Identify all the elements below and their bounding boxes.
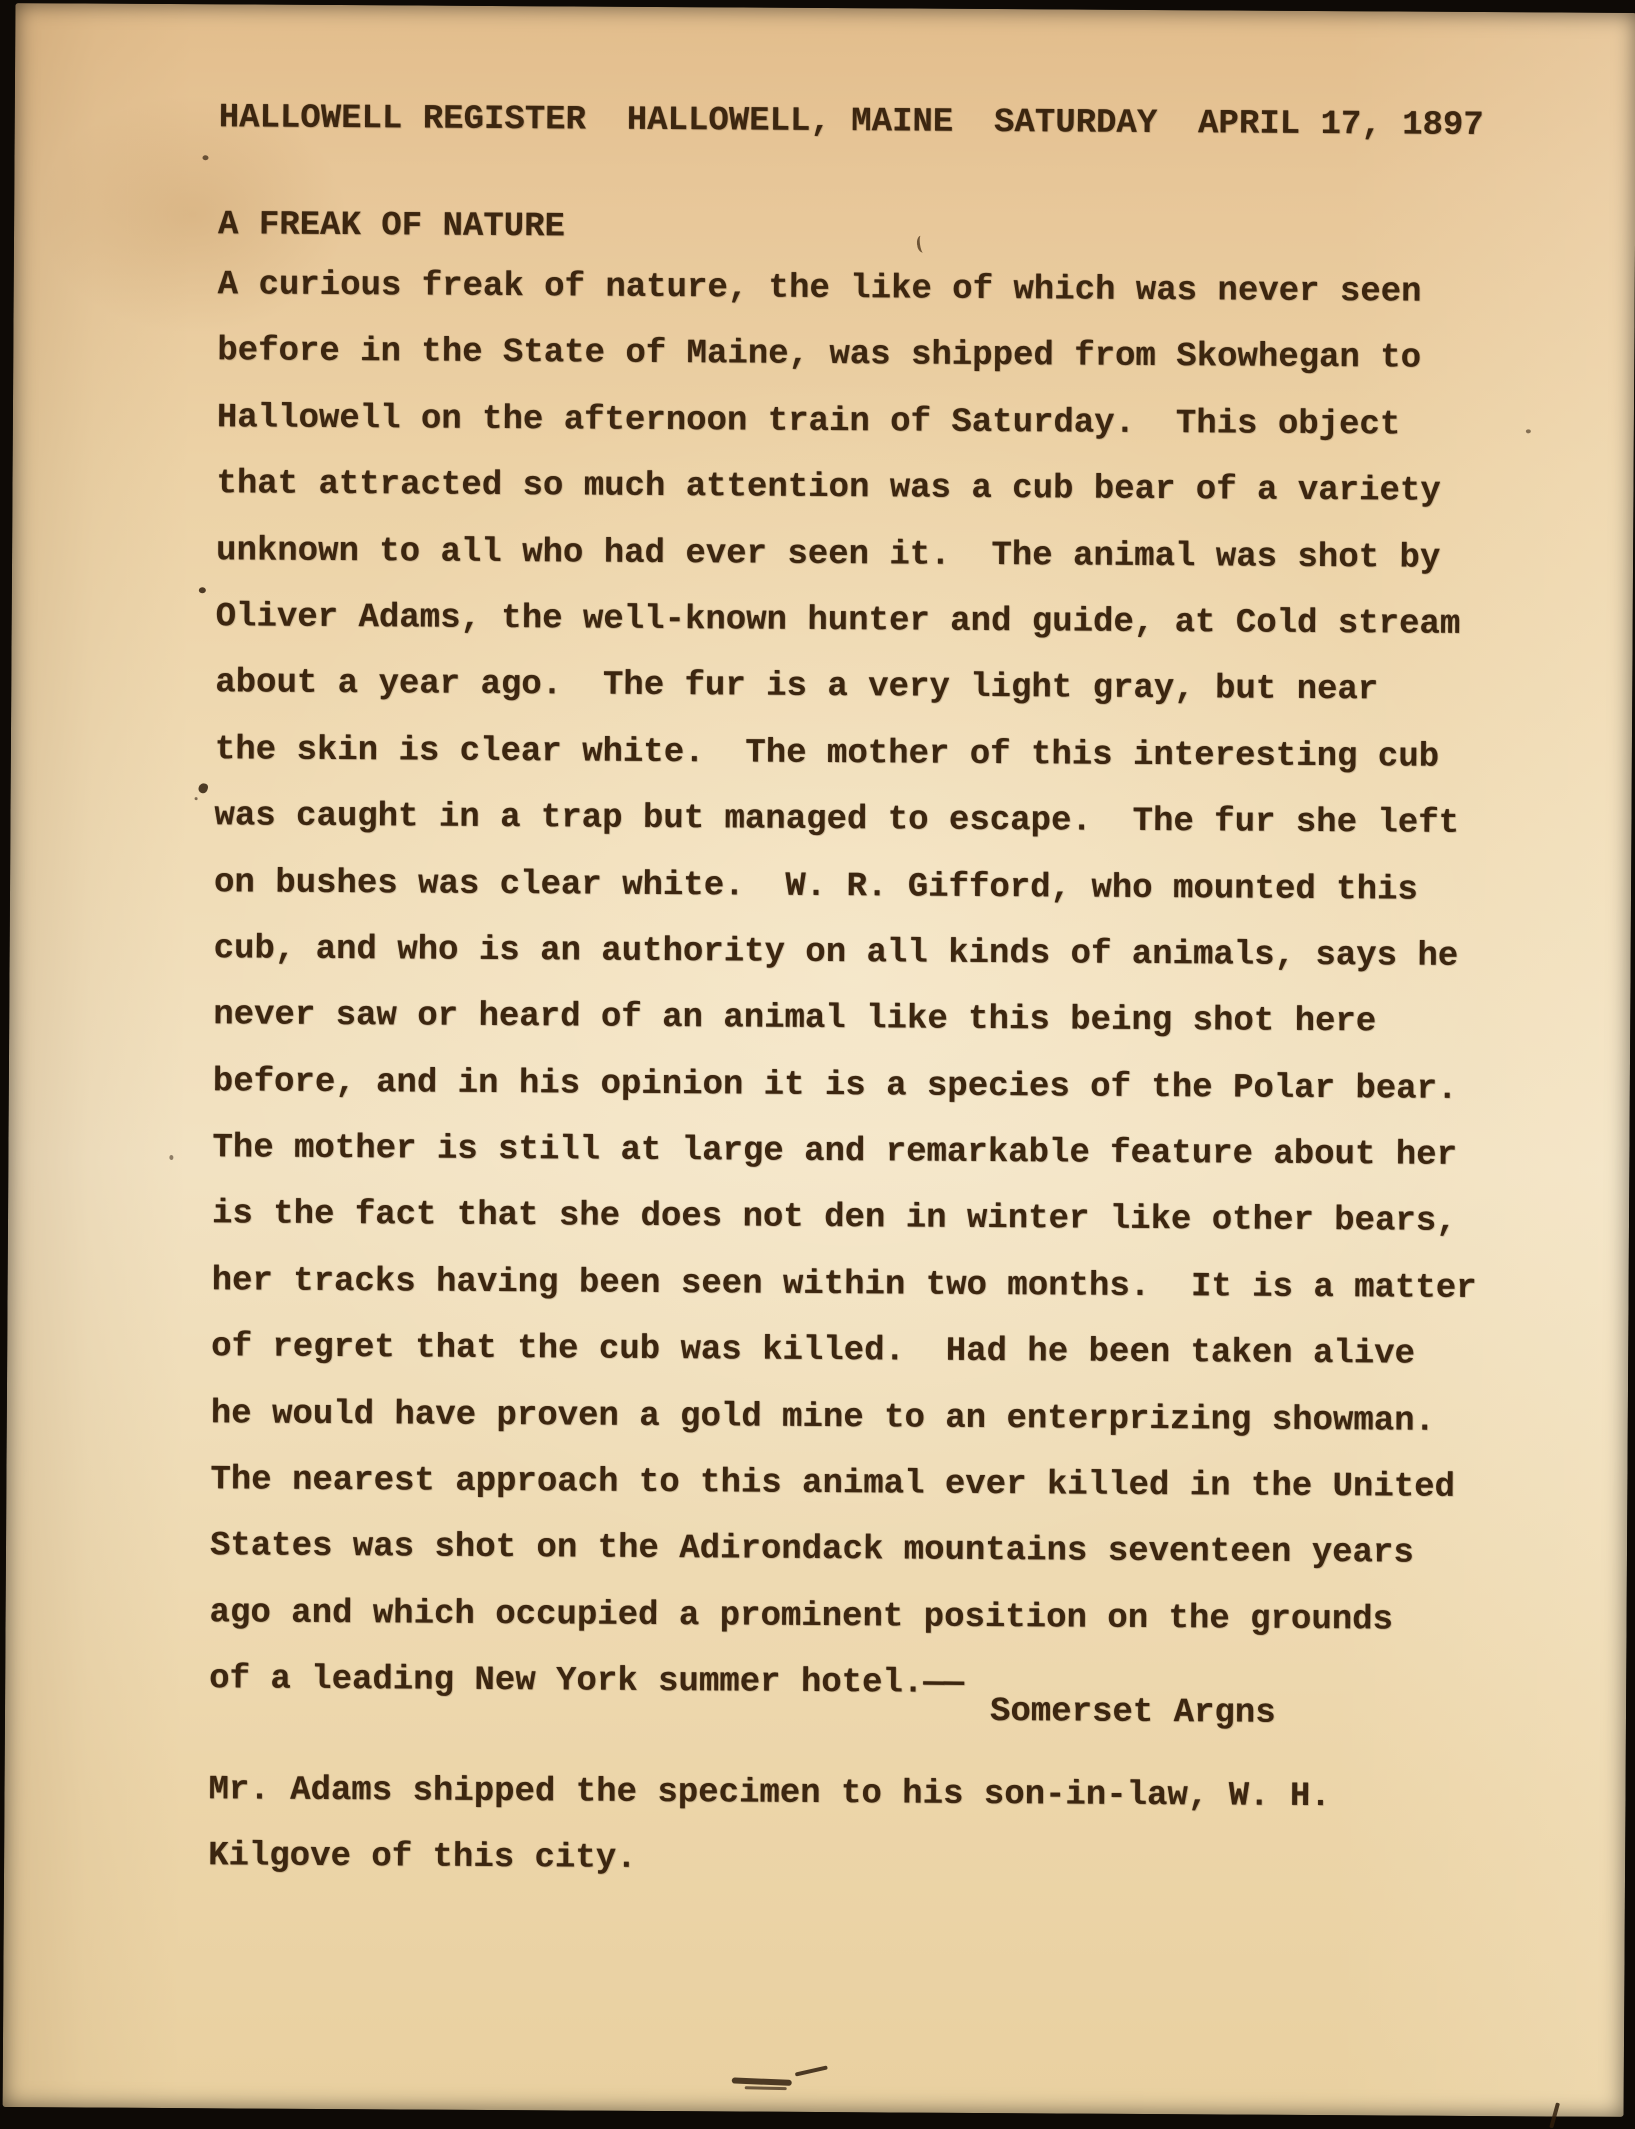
body-text-line: he would have proven a gold mine to an e… bbox=[211, 1381, 1476, 1455]
body-text-line: never saw or heard of an animal like thi… bbox=[213, 983, 1478, 1057]
body-text-line: before, and in his opinion it is a speci… bbox=[213, 1049, 1478, 1123]
body-text-line: The nearest approach to this animal ever… bbox=[210, 1447, 1475, 1521]
pen-caret-mark bbox=[916, 235, 928, 253]
body-text-line: before in the State of Maine, was shippe… bbox=[217, 319, 1482, 393]
body-text-line: Oliver Adams, the well-known hunter and … bbox=[215, 584, 1480, 658]
scanned-page-photo: { "document": { "masthead": "HALLOWELL R… bbox=[0, 0, 1635, 2126]
ink-speck-right-margin bbox=[1526, 429, 1531, 433]
body-text-line: the skin is clear white. The mother of t… bbox=[215, 717, 1480, 791]
ink-blot-left-margin bbox=[197, 782, 209, 794]
body-text-line: States was shot on the Adirondack mounta… bbox=[210, 1514, 1475, 1588]
pen-dash-long-stroke bbox=[745, 2086, 787, 2090]
postscript-note: Mr. Adams shipped the specimen to his so… bbox=[208, 1757, 1331, 1897]
source-attribution: Somerset Argns bbox=[990, 1695, 1276, 1731]
body-text-line: A curious freak of nature, the like of w… bbox=[218, 252, 1483, 326]
body-text-line: that attracted so much attention was a c… bbox=[216, 451, 1481, 525]
body-text-line: of regret that the cub was killed. Had h… bbox=[211, 1315, 1476, 1389]
body-text-line: Hallowell on the afternoon train of Satu… bbox=[217, 385, 1482, 459]
pen-dash-short bbox=[795, 2065, 828, 2076]
ink-speck-left-margin-2 bbox=[195, 797, 198, 800]
body-text-line: is the fact that she does not den in win… bbox=[212, 1182, 1477, 1256]
postscript-text-line: Mr. Adams shipped the specimen to his so… bbox=[208, 1757, 1331, 1830]
body-text-line: about a year ago. The fur is a very ligh… bbox=[215, 651, 1480, 725]
ink-speck-left-margin bbox=[199, 587, 206, 593]
body-text-line: ago and which occupied a prominent posit… bbox=[209, 1580, 1474, 1654]
pen-tick-bottom-right bbox=[1549, 2102, 1560, 2126]
ink-speck-below-masthead bbox=[202, 155, 208, 160]
body-text-line: unknown to all who had ever seen it. The… bbox=[216, 518, 1481, 592]
masthead-dateline: HALLOWELL REGISTER HALLOWELL, MAINE SATU… bbox=[219, 101, 1484, 143]
pen-dash-long bbox=[732, 2077, 792, 2085]
body-text-line: was caught in a trap but managed to esca… bbox=[214, 783, 1479, 857]
body-text-line: of a leading New York summer hotel.—— bbox=[209, 1646, 1474, 1720]
body-text-line: cub, and who is an authority on all kind… bbox=[213, 916, 1478, 990]
paper-sheet: HALLOWELL REGISTER HALLOWELL, MAINE SATU… bbox=[3, 3, 1635, 2117]
article-body: A curious freak of nature, the like of w… bbox=[209, 252, 1483, 1720]
ink-speck-body-margin bbox=[169, 1155, 173, 1160]
body-text-line: her tracks having been seen within two m… bbox=[211, 1248, 1476, 1322]
body-text-line: The mother is still at large and remarka… bbox=[212, 1115, 1477, 1189]
postscript-text-line: Kilgove of this city. bbox=[208, 1824, 1331, 1897]
body-text-line: on bushes was clear white. W. R. Gifford… bbox=[214, 850, 1479, 924]
article-title: A FREAK OF NATURE bbox=[218, 208, 565, 244]
